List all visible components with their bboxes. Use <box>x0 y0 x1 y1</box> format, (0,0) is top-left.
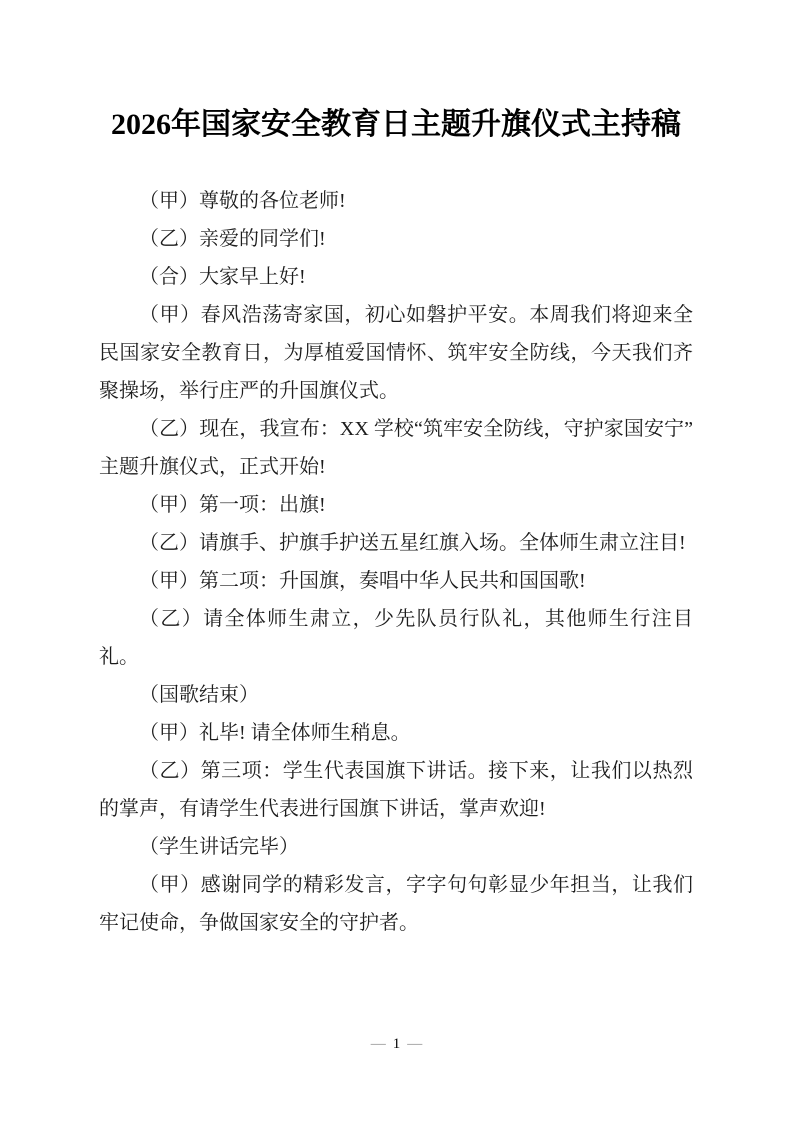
paragraph-opening-remarks: （甲）春风浩荡寄家国，初心如磐护平安。本周我们将迎来全民国家安全教育日，为厚植爱… <box>99 296 693 410</box>
paragraph-at-ease: （甲）礼毕! 请全体师生稍息。 <box>99 714 693 752</box>
page-footer: —1— <box>0 1033 793 1055</box>
paragraph-salute-instructions: （乙）请全体师生肃立，少先队员行队礼，其他师生行注目礼。 <box>99 600 693 676</box>
paragraph-anthem-ends-note: （国歌结束） <box>99 676 693 714</box>
document-content: 2026年国家安全教育日主题升旗仪式主持稿 （甲）尊敬的各位老师! （乙）亲爱的… <box>0 0 793 942</box>
document-title: 2026年国家安全教育日主题升旗仪式主持稿 <box>99 100 693 150</box>
paragraph-flag-bearers: （乙）请旗手、护旗手护送五星红旗入场。全体师生肃立注目! <box>99 524 693 562</box>
paragraph-ceremony-announcement: （乙）现在，我宣布：XX 学校“筑牢安全防线，守护家国安宁”主题升旗仪式，正式开… <box>99 410 693 486</box>
paragraph-speaker-he-greeting: （合）大家早上好! <box>99 258 693 296</box>
paragraph-speaker-jia-greeting: （甲）尊敬的各位老师! <box>99 182 693 220</box>
document-body: （甲）尊敬的各位老师! （乙）亲爱的同学们! （合）大家早上好! （甲）春风浩荡… <box>99 182 693 942</box>
paragraph-speaker-yi-greeting: （乙）亲爱的同学们! <box>99 220 693 258</box>
paragraph-thanks-speech: （甲）感谢同学的精彩发言，字字句句彰显少年担当，让我们牢记使命，争做国家安全的守… <box>99 866 693 942</box>
paragraph-speech-finished-note: （学生讲话完毕） <box>99 828 693 866</box>
footer-right-dash: — <box>400 1036 429 1052</box>
paragraph-item-three-student-speech: （乙）第三项：学生代表国旗下讲话。接下来，让我们以热烈的掌声，有请学生代表进行国… <box>99 752 693 828</box>
footer-left-dash: — <box>364 1036 393 1052</box>
paragraph-item-two-raise-flag: （甲）第二项：升国旗，奏唱中华人民共和国国歌! <box>99 562 693 600</box>
document-page: 2026年国家安全教育日主题升旗仪式主持稿 （甲）尊敬的各位老师! （乙）亲爱的… <box>0 0 793 1122</box>
paragraph-item-one-flag-entry: （甲）第一项：出旗! <box>99 486 693 524</box>
